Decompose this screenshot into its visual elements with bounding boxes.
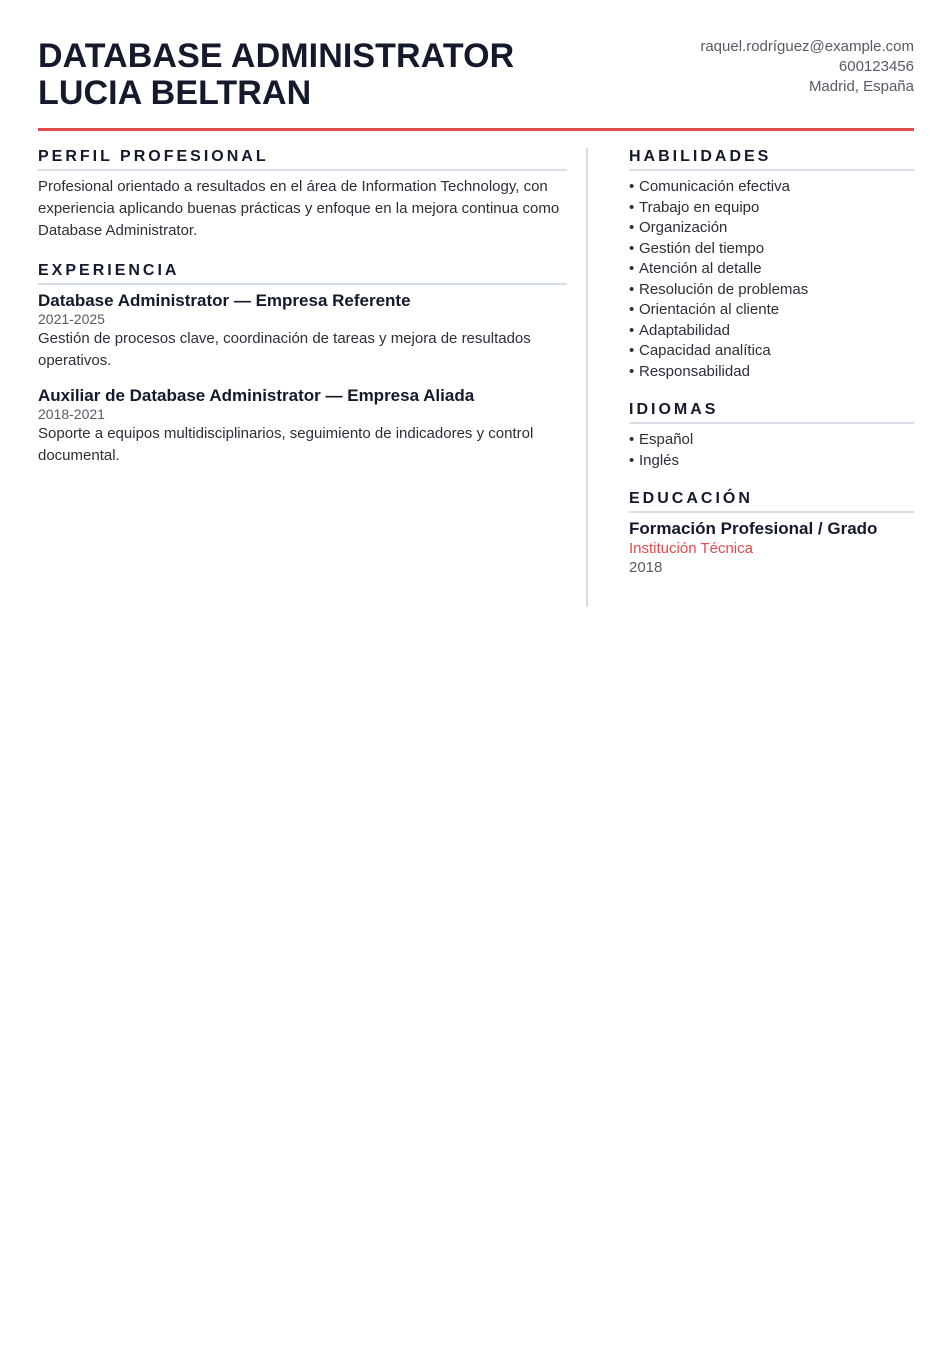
- skill-label: Orientación al cliente: [639, 301, 779, 318]
- contact-email[interactable]: raquel.rodríguez@example.com: [700, 37, 914, 57]
- resume-header: DATABASE ADMINISTRATOR LUCIA BELTRAN raq…: [38, 0, 914, 132]
- skill-item: •Gestión del tiempo: [629, 239, 914, 260]
- experience-item: Auxiliar de Database Administrator — Emp…: [38, 386, 567, 467]
- header-accent-rule: [38, 128, 914, 131]
- skill-label: Organización: [639, 219, 727, 236]
- skills-section: HABILIDADES •Comunicación efectiva •Trab…: [629, 148, 914, 382]
- experience-description: Soporte a equipos multidisciplinarios, s…: [38, 423, 567, 467]
- education-section: EDUCACIÓN Formación Profesional / Grado …: [629, 490, 914, 577]
- languages-heading: IDIOMAS: [629, 401, 914, 424]
- bullet-icon: •: [629, 259, 639, 280]
- skill-item: •Adaptabilidad: [629, 321, 914, 342]
- bullet-icon: •: [629, 280, 639, 301]
- skill-item: •Orientación al cliente: [629, 300, 914, 321]
- education-institution: Institución Técnica: [629, 539, 914, 558]
- profile-text: Profesional orientado a resultados en el…: [38, 176, 567, 242]
- experience-dates: 2021-2025: [38, 311, 567, 327]
- language-item: •Español: [629, 430, 914, 451]
- bullet-icon: •: [629, 198, 639, 219]
- skill-item: •Capacidad analítica: [629, 341, 914, 362]
- skills-heading: HABILIDADES: [629, 148, 914, 171]
- job-title-heading: DATABASE ADMINISTRATOR: [38, 38, 514, 75]
- experience-description: Gestión de procesos clave, coordinación …: [38, 328, 567, 372]
- candidate-name: LUCIA BELTRAN: [38, 75, 514, 112]
- skill-label: Gestión del tiempo: [639, 240, 764, 257]
- contact-location: Madrid, España: [700, 77, 914, 97]
- language-item: •Inglés: [629, 451, 914, 472]
- bullet-icon: •: [629, 300, 639, 321]
- skill-item: •Responsabilidad: [629, 362, 914, 383]
- resume-page: DATABASE ADMINISTRATOR LUCIA BELTRAN raq…: [38, 0, 914, 132]
- skill-item: •Comunicación efectiva: [629, 177, 914, 198]
- left-column: PERFIL PROFESIONAL Profesional orientado…: [38, 148, 567, 485]
- column-divider: [586, 148, 588, 607]
- title-block: DATABASE ADMINISTRATOR LUCIA BELTRAN: [38, 38, 514, 112]
- right-column: HABILIDADES •Comunicación efectiva •Trab…: [629, 148, 914, 595]
- bullet-icon: •: [629, 218, 639, 239]
- education-heading: EDUCACIÓN: [629, 490, 914, 513]
- skill-item: •Resolución de problemas: [629, 280, 914, 301]
- languages-list: •Español •Inglés: [629, 430, 914, 471]
- skill-item: •Organización: [629, 218, 914, 239]
- languages-section: IDIOMAS •Español •Inglés: [629, 401, 914, 471]
- experience-item: Database Administrator — Empresa Referen…: [38, 291, 567, 372]
- skill-label: Trabajo en equipo: [639, 199, 759, 216]
- skill-label: Atención al detalle: [639, 260, 762, 277]
- profile-section: PERFIL PROFESIONAL Profesional orientado…: [38, 148, 567, 242]
- experience-title: Auxiliar de Database Administrator — Emp…: [38, 386, 567, 406]
- skill-label: Adaptabilidad: [639, 322, 730, 339]
- skill-label: Resolución de problemas: [639, 281, 808, 298]
- bullet-icon: •: [629, 321, 639, 342]
- experience-heading: EXPERIENCIA: [38, 262, 567, 285]
- education-year: 2018: [629, 558, 914, 577]
- contact-phone: 600123456: [700, 57, 914, 77]
- skill-item: •Trabajo en equipo: [629, 198, 914, 219]
- skill-label: Responsabilidad: [639, 363, 750, 380]
- experience-section: EXPERIENCIA Database Administrator — Emp…: [38, 262, 567, 467]
- experience-title: Database Administrator — Empresa Referen…: [38, 291, 567, 311]
- language-label: Inglés: [639, 452, 679, 469]
- skills-list: •Comunicación efectiva •Trabajo en equip…: [629, 177, 914, 382]
- bullet-icon: •: [629, 239, 639, 260]
- profile-heading: PERFIL PROFESIONAL: [38, 148, 567, 171]
- contact-info: raquel.rodríguez@example.com 600123456 M…: [700, 37, 914, 97]
- bullet-icon: •: [629, 341, 639, 362]
- bullet-icon: •: [629, 430, 639, 451]
- bullet-icon: •: [629, 362, 639, 383]
- skill-item: •Atención al detalle: [629, 259, 914, 280]
- skill-label: Comunicación efectiva: [639, 178, 790, 195]
- education-degree: Formación Profesional / Grado: [629, 519, 914, 539]
- bullet-icon: •: [629, 451, 639, 472]
- bullet-icon: •: [629, 177, 639, 198]
- experience-dates: 2018-2021: [38, 406, 567, 422]
- skill-label: Capacidad analítica: [639, 342, 771, 359]
- language-label: Español: [639, 431, 693, 448]
